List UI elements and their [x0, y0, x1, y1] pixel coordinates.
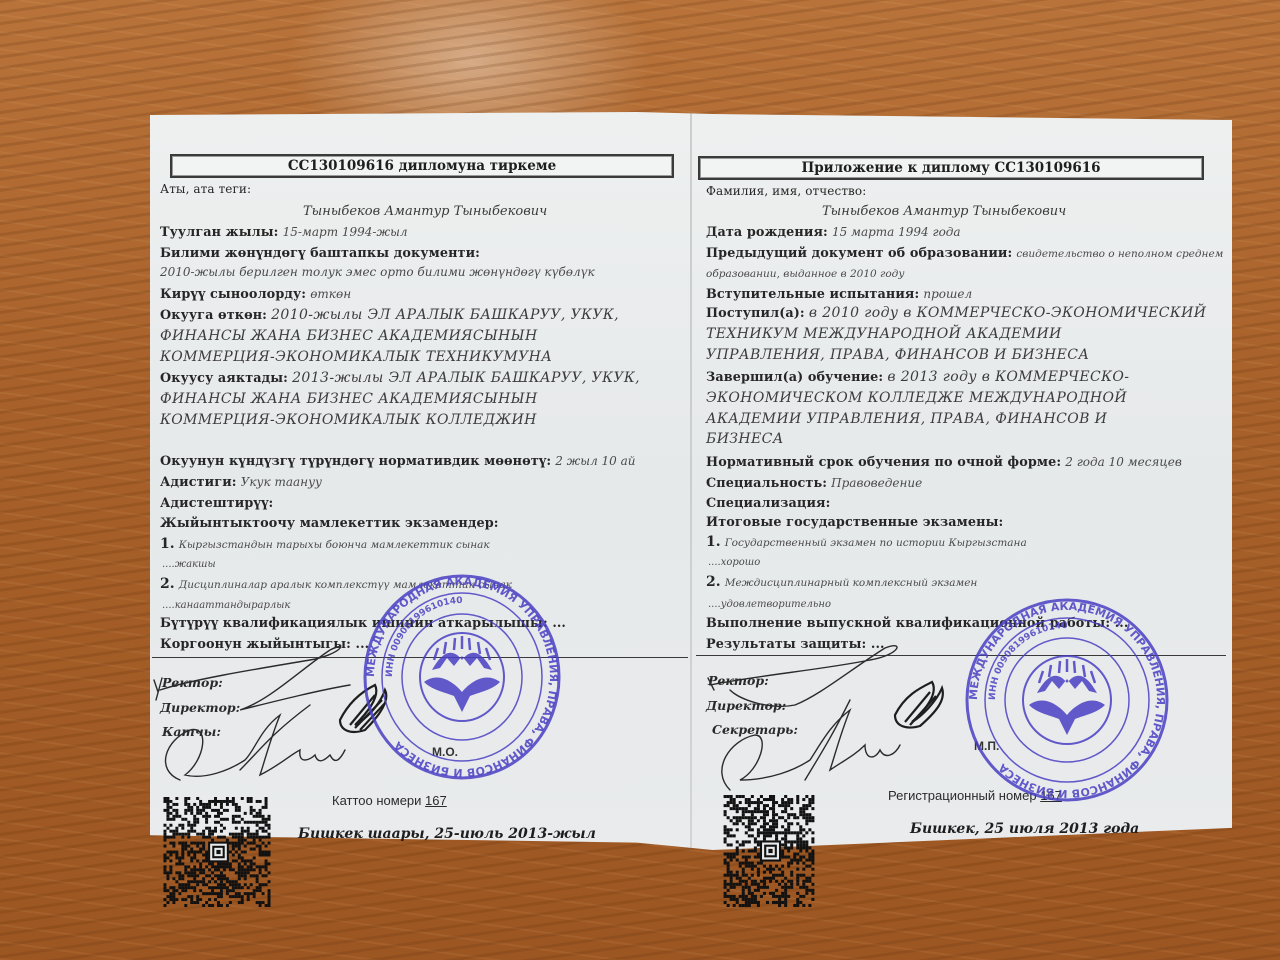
exam-grade-1: ....хорошо: [708, 554, 760, 569]
entrance-row: Кирүү сыноолорду: өткөн: [160, 287, 351, 302]
enrolled-line-2: ТЕХНИКУМ МЕЖДУНАРОДНОЙ АКАДЕМИИ: [706, 326, 1062, 342]
exam-grade-2: ....удовлетворительно: [708, 596, 831, 611]
divider: [696, 655, 1226, 656]
defense-row: Результаты защиты: ...: [706, 637, 885, 652]
defense-row: Коргоонун жыйынтыгы: ...: [160, 637, 369, 652]
exam-item-1: 1. Государственный экзамен по истории Кы…: [706, 534, 1027, 550]
exam-item-2: 2. Дисциплиналар аралык комплекстүү мамл…: [160, 576, 512, 592]
registration-number: Каттоо номери 167: [332, 793, 447, 808]
thesis-row: Выполнение выпускной квалификационной ра…: [706, 616, 1128, 631]
specialty-row: Адистиги: Укук таануу: [160, 475, 322, 490]
enrolled-row: Поступил(а): в 2010 году в КОММЕРЧЕСКО-Э…: [706, 305, 1206, 321]
specialization-row: Специализация:: [706, 496, 830, 511]
enrolled-line-3: УПРАВЛЕНИЯ, ПРАВА, ФИНАНСОВ И БИЗНЕСА: [706, 347, 1089, 363]
prev-doc-value: 2010-жылы берилген толук эмес орто билим…: [160, 265, 595, 280]
completed-line-2: ФИНАНСЫ ЖАНА БИЗНЕС АКАДЕМИЯСЫНЫН: [160, 391, 538, 407]
city-date: Бишкек шаары, 25-июль 2013-жыл: [298, 826, 596, 842]
city-date: Бишкек, 25 июля 2013 года: [910, 821, 1139, 837]
enrolled-row: Окууга өткөн: 2010-жылы ЭЛ АРАЛЫК БАШКАР…: [160, 307, 619, 323]
prev-doc-line-2: образовании, выданное в 2010 году: [706, 266, 904, 281]
name-value: Тыныбеков Амантур Тыныбекович: [303, 204, 547, 219]
completed-row: Окуусу аяктады: 2013-жылы ЭЛ АРАЛЫК БАШК…: [160, 370, 640, 386]
page-fold: [690, 112, 692, 850]
page-title: Приложение к диплому CC130109616: [698, 156, 1204, 180]
qr-code: [163, 797, 271, 907]
exams-label: Итоговые государственные экзамены:: [706, 515, 1003, 530]
exam-grade-1: ....жакшы: [162, 556, 216, 571]
specialty-row: Специальность: Правоведение: [706, 476, 922, 491]
birth-row: Дата рождения: 15 марта 1994 года: [706, 225, 961, 240]
duration-row: Окуунун күндүзгү түрүндөгү нормативдик м…: [160, 454, 636, 469]
signatory-rector: Ректор:: [708, 673, 769, 688]
divider: [152, 657, 688, 658]
signatory-director: Директор:: [706, 698, 786, 713]
entrance-row: Вступительные испытания: прошел: [706, 287, 972, 302]
seal-label: М.П.: [974, 739, 999, 753]
signatory-rector: Ректор:: [162, 675, 223, 690]
enrolled-line-2: ФИНАНСЫ ЖАНА БИЗНЕС АКАДЕМИЯСЫНЫН: [160, 328, 538, 344]
completed-line-3: КОММЕРЦИЯ-ЭКОНОМИКАЛЫК КОЛЛЕДЖИН: [160, 412, 537, 428]
signatory-director: Директор:: [160, 700, 240, 715]
enrolled-line-3: КОММЕРЦИЯ-ЭКОНОМИКАЛЫК ТЕХНИКУМУНА: [160, 349, 552, 365]
thesis-row: Бүтүрүү квалификациялык ишинин аткарылыш…: [160, 616, 566, 631]
name-label: Фамилия, имя, отчество:: [706, 184, 866, 198]
qr-code: [723, 795, 815, 907]
signatory-secretary: Секретарь:: [712, 722, 798, 737]
page-title: CC130109616 дипломуна тиркеме: [170, 154, 674, 178]
name-value: Тыныбеков Амантур Тыныбекович: [822, 204, 1066, 219]
name-label: Аты, ата теги:: [160, 182, 251, 196]
exam-item-1: 1. Кыргызстандын тарыхы боюнча мамлекетт…: [160, 536, 490, 552]
birth-row: Туулган жылы: 15-март 1994-жыл: [160, 225, 408, 240]
completed-line-4: БИЗНЕСА: [706, 431, 784, 447]
completed-line-3: АКАДЕМИИ УПРАВЛЕНИЯ, ПРАВА, ФИНАНСОВ И: [706, 411, 1107, 427]
duration-row: Нормативный срок обучения по очной форме…: [706, 455, 1182, 470]
exam-item-2: 2. Междисциплинарный комплексный экзамен: [706, 574, 977, 590]
seal-label: М.О.: [432, 745, 458, 759]
signatory-secretary: Катчы:: [162, 724, 221, 739]
exams-label: Жыйынтыктоочу мамлекеттик экзамендер:: [160, 516, 499, 531]
completed-row: Завершил(а) обучение: в 2013 году в КОММ…: [706, 369, 1129, 385]
completed-line-2: ЭКОНОМИЧЕСКОМ КОЛЛЕДЖЕ МЕЖДУНАРОДНОЙ: [706, 390, 1127, 406]
registration-number: Регистрационный номер 167: [888, 788, 1062, 803]
specialization-row: Адистештирүү:: [160, 496, 273, 511]
prev-doc-row: Предыдущий документ об образовании: свид…: [706, 246, 1223, 261]
exam-grade-2: ....канааттандырарлык: [162, 597, 290, 612]
prev-doc-label: Билими жөнүндөгү баштапкы документи:: [160, 246, 480, 261]
